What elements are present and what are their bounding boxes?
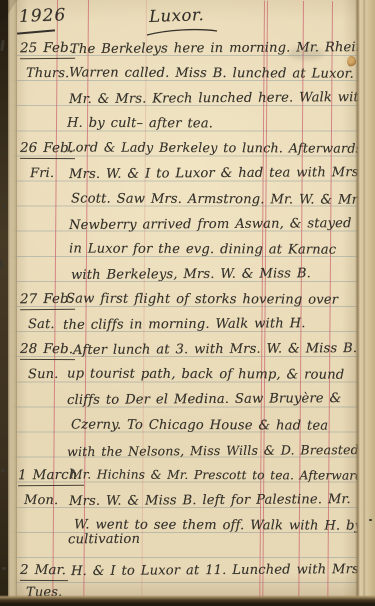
year-heading: 1926 <box>19 7 67 26</box>
entry-day: Fri. <box>30 165 54 182</box>
ink-bleed-mark <box>3 204 5 210</box>
diary-line: Newberry arrived from Aswan, & stayed <box>69 215 352 234</box>
diary-line: Scott. Saw Mrs. Armstrong. Mr. W. & Mr. <box>71 190 361 208</box>
diary-line: the cliffs in morning. Walk with H. <box>63 315 306 334</box>
diary-line: in Luxor for the evg. dining at Karnac <box>69 240 336 258</box>
entry-date: 25 Feb. <box>20 40 75 59</box>
diary-line: Mr. Hichins & Mr. Prescott to tea. After… <box>70 466 370 484</box>
diary-line: Lord & Lady Berkeley to lunch. Afterward… <box>67 139 362 157</box>
diary-line: Mrs. W. & Miss B. left for Palestine. Mr… <box>69 491 351 510</box>
diary-line: cliffs to Der el Medina. Saw Bruyère & <box>67 390 341 409</box>
diary-line: with Berkeleys, Mrs. W. & Miss B. <box>71 265 311 284</box>
title-underline-flourish <box>144 27 220 37</box>
diary-line: with the Nelsons, Miss Wills & D. Breast… <box>67 441 363 460</box>
entry-date: 28 Feb. <box>20 341 75 360</box>
ink-bleed-mark <box>1 469 5 472</box>
entry-day: Thurs. <box>26 65 69 82</box>
entry-date: 2 Mar. <box>20 562 68 581</box>
entry-day: Mon. <box>24 492 58 509</box>
entry-day: Sat. <box>28 316 55 333</box>
diary-line: Warren called. Miss B. lunched at Luxor. <box>69 64 354 82</box>
diary-line: After lunch at 3. with Mrs. W. & Miss B. <box>73 340 357 359</box>
diary-line: Saw first flight of storks hovering over <box>66 290 338 308</box>
diary-line: Czerny. To Chicago House & had tea <box>71 416 328 434</box>
ink-bleed-mark <box>2 567 6 570</box>
bottom-page-edge <box>0 595 375 606</box>
diary-line: Mrs. W. & I to Luxor & had tea with Mrs. <box>69 164 363 183</box>
ink-smudge <box>288 47 324 60</box>
diary-photo: 1926 Luxor. 25 Feb. Thurs. The Berkeleys… <box>0 0 375 606</box>
diary-line: Mr. & Mrs. Krech lunched here. Walk with <box>69 89 368 108</box>
paper-stain <box>347 56 356 67</box>
book-binding-edge <box>0 0 8 606</box>
underlying-pages-edge <box>358 0 375 606</box>
facing-page-edge <box>8 0 17 606</box>
diary-line: cultivation <box>68 531 140 549</box>
entry-day: Sun. <box>28 366 59 383</box>
ink-bleed-mark <box>369 519 372 521</box>
diary-line: up tourist path, back of hump, & round <box>67 365 344 383</box>
diary-line: H. & I to Luxor at 11. Lunched with Mrs. <box>71 561 363 580</box>
page-title: Luxor. <box>149 6 205 25</box>
diary-line: H. by cult– after tea. <box>67 115 213 133</box>
